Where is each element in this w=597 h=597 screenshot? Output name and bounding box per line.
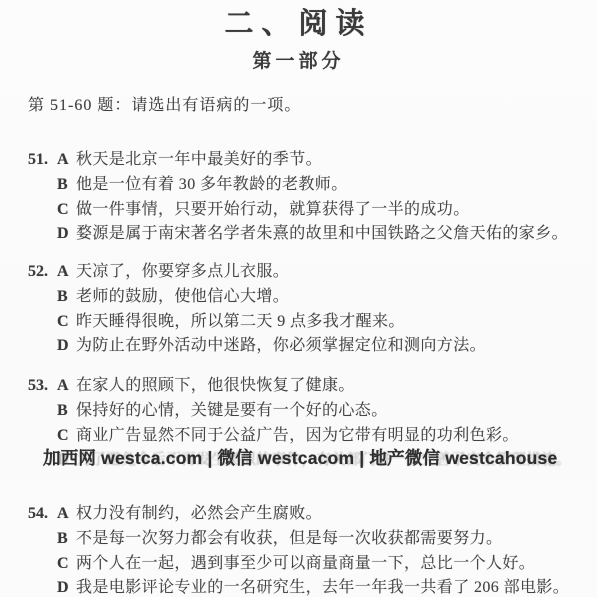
option-text: 做一件事情，只要开始行动，就算获得了一半的成功。 [76, 198, 470, 223]
option-text: 权力没有制约，必然会产生腐败。 [76, 502, 322, 527]
option-52-a: A 天凉了，你要穿多点儿衣服。 [57, 260, 587, 285]
option-letter: B [57, 285, 76, 310]
option-text: 我是电影评论专业的一名研究生，去年一年我一共看了 206 部电影。 [76, 576, 569, 597]
question-number: 54. [28, 502, 57, 527]
option-letter: A [57, 502, 76, 527]
option-51-d: D 婺源是属于南宋著名学者朱熹的故里和中国铁路之父詹天佑的家乡。 [57, 222, 587, 247]
option-51-a: A 秋天是北京一年中最美好的季节。 [57, 148, 587, 173]
question-number: 51. [28, 148, 57, 173]
instructions-text: 第 51-60 题：请选出有语病的一项。 [28, 92, 301, 115]
option-51-b: B 他是一位有着 30 多年教龄的老教师。 [57, 173, 587, 198]
option-51-c: C 做一件事情，只要开始行动，就算获得了一半的成功。 [57, 198, 587, 223]
option-text: 不是每一次努力都会有收获，但是每一次收获都需要努力。 [76, 527, 502, 552]
question-52: 52. A 天凉了，你要穿多点儿衣服。 B 老师的鼓励，使他信心大增。 C 昨天… [28, 260, 587, 359]
option-52-d: D 为防止在野外活动中迷路，你必须掌握定位和测向方法。 [57, 334, 587, 359]
option-52-b: B 老师的鼓励，使他信心大增。 [57, 285, 587, 310]
options-list: A 权力没有制约，必然会产生腐败。 B 不是每一次努力都会有收获，但是每一次收获… [57, 502, 587, 597]
option-letter: A [57, 148, 76, 173]
option-letter: D [57, 222, 76, 247]
option-text: 昨天睡得很晚，所以第二天 9 点多我才醒来。 [76, 310, 405, 335]
option-text: 保持好的心情，关键是要有一个好的心态。 [76, 399, 388, 424]
option-54-d: D 我是电影评论专业的一名研究生，去年一年我一共看了 206 部电影。 [57, 576, 587, 597]
option-letter: B [57, 399, 76, 424]
question-number: 53. [28, 374, 57, 399]
option-54-b: B 不是每一次努力都会有收获，但是每一次收获都需要努力。 [57, 527, 587, 552]
question-51: 51. A 秋天是北京一年中最美好的季节。 B 他是一位有着 30 多年教龄的老… [28, 148, 587, 247]
option-text: 他是一位有着 30 多年教龄的老教师。 [76, 173, 348, 198]
option-letter: B [57, 527, 76, 552]
option-52-c: C 昨天睡得很晚，所以第二天 9 点多我才醒来。 [57, 310, 587, 335]
option-text: 两个人在一起，遇到事至少可以商量商量一下，总比一个人好。 [76, 552, 535, 577]
option-letter: A [57, 260, 76, 285]
option-text: 在家人的照顾下，他很快恢复了健康。 [76, 374, 355, 399]
test-paper-page: 二、阅读 第一部分 第 51-60 题：请选出有语病的一项。 51. A 秋天是… [0, 0, 597, 597]
option-text: 婺源是属于南宋著名学者朱熹的故里和中国铁路之父詹天佑的家乡。 [76, 222, 568, 247]
question-number: 52. [28, 260, 57, 285]
option-53-a: A 在家人的照顾下，他很快恢复了健康。 [57, 374, 587, 399]
option-text: 秋天是北京一年中最美好的季节。 [76, 148, 322, 173]
section-title: 二、阅读 [0, 1, 597, 42]
option-letter: D [57, 576, 76, 597]
options-list: A 天凉了，你要穿多点儿衣服。 B 老师的鼓励，使他信心大增。 C 昨天睡得很晚… [57, 260, 587, 359]
option-text: 老师的鼓励，使他信心大增。 [76, 285, 289, 310]
option-letter: C [57, 198, 76, 223]
option-text: 为防止在野外活动中迷路，你必须掌握定位和测向方法。 [76, 334, 486, 359]
watermark-text: 加西网 westca.com | 微信 westcacom | 地产微信 wes… [43, 445, 557, 470]
option-54-a: A 权力没有制约，必然会产生腐败。 [57, 502, 587, 527]
option-letter: D [57, 334, 76, 359]
option-54-c: C 两个人在一起，遇到事至少可以商量商量一下，总比一个人好。 [57, 552, 587, 577]
options-list: A 秋天是北京一年中最美好的季节。 B 他是一位有着 30 多年教龄的老教师。 … [57, 148, 587, 247]
option-53-b: B 保持好的心情，关键是要有一个好的心态。 [57, 399, 587, 424]
option-letter: B [57, 173, 76, 198]
question-54: 54. A 权力没有制约，必然会产生腐败。 B 不是每一次努力都会有收获，但是每… [28, 502, 587, 597]
option-letter: C [57, 310, 76, 335]
part-subtitle: 第一部分 [0, 46, 597, 73]
option-letter: A [57, 374, 76, 399]
option-letter: C [57, 552, 76, 577]
option-text: 天凉了，你要穿多点儿衣服。 [76, 260, 289, 285]
